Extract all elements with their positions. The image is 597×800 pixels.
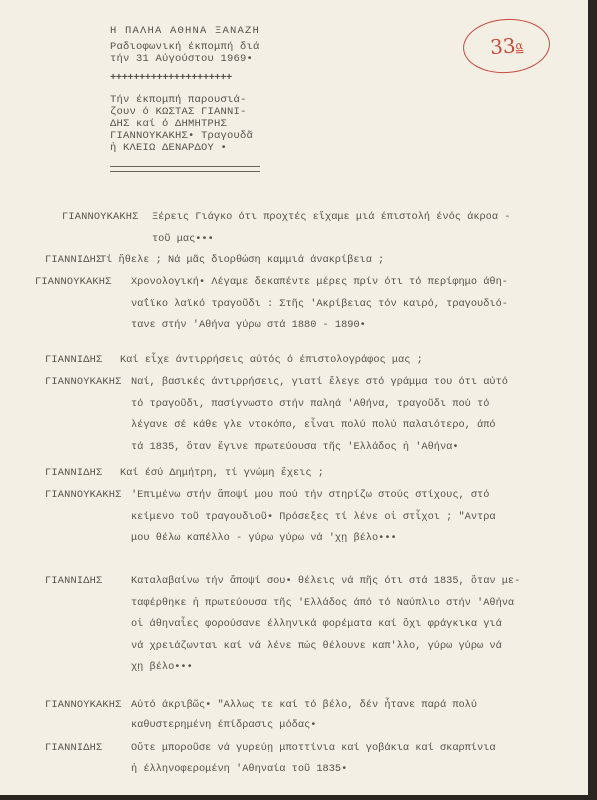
dialogue-text: Ναί, βασικές άντιρρήσεις, γιατί ἔλεγε στ… — [131, 372, 508, 458]
intro-line: Τήν έκπομπή παρουσιά- — [110, 94, 310, 106]
dialogue-line: 'Επιμένω στήν ἄποψί μου πού τήν στηρίζω … — [131, 485, 496, 507]
document-page: Η ΠΑΛΗΑ ΑΘΗΝΑ ΞΑΝΑΖΗ Ραδιοφωνική έκπομπή… — [0, 0, 588, 795]
speaker-name: ΓΙΑΝΝΟΥΚΑΚΗΣ — [35, 272, 112, 294]
speaker-name: ΓΙΑΝΝΟΥΚΑΚΗΣ — [45, 695, 122, 715]
speaker-name: ΓΙΑΝΝΙΔΗΣ — [45, 738, 102, 759]
page-number-suffix: α — [515, 38, 523, 51]
dialogue-line: Καί εἶχε άντιρρήσεις αύτός ό έπιστολογρά… — [120, 350, 423, 372]
double-rule-separator — [110, 166, 260, 172]
dialogue-line: Οὔτε μποροῦσε νά γυρεύῃ μποττίνια καί γο… — [131, 738, 496, 759]
dialogue-text: 'Επιμένω στήν ἄποψί μου πού τήν στηρίζω … — [131, 485, 496, 550]
dialogue-line: χῃ βέλο••• — [131, 657, 520, 679]
dialogue-line: ταφέρθηκε ἡ πρωτεύουσα τῆς 'Ελλάδος άπό … — [131, 593, 520, 615]
dialogue-text: Καί εἶχε άντιρρήσεις αύτός ό έπιστολογρά… — [120, 350, 423, 372]
dialogue-line: Ξέρεις Γιάγκο ότι προχτές εἴχαμε μιά έπι… — [152, 207, 510, 229]
dialogue-line: τανε στήν 'Αθήνα γύρω στά 1880 - 1890• — [131, 315, 508, 337]
speaker-name: ΓΙΑΝΝΟΥΚΑΚΗΣ — [62, 207, 139, 229]
subtitle-line: τήν 31 Αύγούστου 1969• — [110, 53, 310, 65]
dialogue-line: τό τραγοῦδι, πασίγνωστο στήν παληά 'Αθήν… — [131, 394, 508, 416]
document-title: Η ΠΑΛΗΑ ΑΘΗΝΑ ΞΑΝΑΖΗ — [110, 25, 310, 37]
dialogue-text: Καταλαβαίνω τήν ἄποψί σου• θέλεις νά πῆς… — [131, 571, 520, 679]
intro-line: ΓΙΑΝΝΟΥΚΑΚΗΣ• Τραγουδᾶ — [110, 130, 310, 142]
intro-line: ΔΗΣ καί ό ΔΗΜΗΤΡΗΣ — [110, 118, 310, 130]
speaker-name: ΓΙΑΝΝΙΔΗΣ — [45, 571, 102, 593]
dialogue-line: λέγανε σέ κάθε γλε ντοκόπο, εἶναι πολύ π… — [131, 415, 508, 437]
dialogue-line: καθυστερημένη έπίδρασις μόδας• — [131, 715, 477, 735]
speaker-name: ΓΙΑΝΝΟΥΚΑΚΗΣ — [45, 485, 122, 507]
header-block: Η ΠΑΛΗΑ ΑΘΗΝΑ ΞΑΝΑΖΗ Ραδιοφωνική έκπομπή… — [110, 25, 310, 172]
plus-separator: +++++++++++++++++++++ — [110, 72, 310, 84]
speaker-name: ΓΙΑΝΝΙΔΗΣ — [45, 350, 102, 372]
handwritten-page-number: 33α — [461, 16, 552, 76]
dialogue-line: Καί έσύ Δημήτρη, τί γνώμη ἔχεις ; — [120, 463, 324, 485]
dialogue-text: Αύτό άκριβῶς• "Αλλως τε καί τό βέλο, δέν… — [131, 695, 477, 735]
dialogue-line: ναΐϊκο λαϊκό τραγοῦδι : Στῆς 'Ακρίβειας … — [131, 294, 508, 316]
dialogue-line: κείμενο τοῦ τραγουδιοῦ• Πρόσεξες τί λένε… — [131, 507, 496, 529]
dialogue-line: Αύτό άκριβῶς• "Αλλως τε καί τό βέλο, δέν… — [131, 695, 477, 715]
subtitle-line: Ραδιοφωνική έκπομπή διά — [110, 41, 310, 53]
dialogue-line: Τί ἤθελε ; Νά μᾶς διορθώση καμμιά άνακρί… — [100, 250, 384, 272]
dialogue-line: νά χρειάζωνται καί νά λένε πώς θέλουνε κ… — [131, 636, 520, 658]
dialogue-text: Τί ἤθελε ; Νά μᾶς διορθώση καμμιά άνακρί… — [100, 250, 384, 272]
intro-line: ζουν ό ΚΩΣΤΑΣ ΓΙΑΝΝΙ- — [110, 106, 310, 118]
intro-line: ἡ ΚΛΕΙΩ ΔΕΝΑΡΔΟΥ • — [110, 142, 310, 154]
dialogue-line: οἱ άθηναἶες φορούσανε έλληνικά φορέματα … — [131, 614, 520, 636]
dialogue-text: Καί έσύ Δημήτρη, τί γνώμη ἔχεις ; — [120, 463, 324, 485]
dialogue-line: ἡ έλληνοφερομένη 'Αθηναία τοῦ 1835• — [131, 759, 496, 780]
dialogue-line: Καταλαβαίνω τήν ἄποψί σου• θέλεις νά πῆς… — [131, 571, 520, 593]
dialogue-text: Ξέρεις Γιάγκο ότι προχτές εἴχαμε μιά έπι… — [152, 207, 510, 250]
dialogue-line: Ναί, βασικές άντιρρήσεις, γιατί ἔλεγε στ… — [131, 372, 508, 394]
dialogue-line: τοῦ μας••• — [152, 229, 510, 251]
speaker-name: ΓΙΑΝΝΟΥΚΑΚΗΣ — [45, 372, 122, 394]
dialogue-text: Οὔτε μποροῦσε νά γυρεύῃ μποττίνια καί γο… — [131, 738, 496, 780]
page-number-value: 33 — [489, 33, 516, 59]
speaker-name: ΓΙΑΝΝΙΔΗΣ — [45, 250, 102, 272]
dialogue-line: Χρονολογική• Λέγαμε δεκαπέντε μέρες πρίν… — [131, 272, 508, 294]
speaker-name: ΓΙΑΝΝΙΔΗΣ — [45, 463, 102, 485]
dialogue-text: Χρονολογική• Λέγαμε δεκαπέντε μέρες πρίν… — [131, 272, 508, 337]
dialogue-line: τά 1835, ὅταν ἔγινε πρωτεύουσα τῆς 'Ελλά… — [131, 437, 508, 459]
dialogue-line: μου θέλω καπέλλο - γύρω γύρω νά 'χῃ βέλο… — [131, 528, 496, 550]
